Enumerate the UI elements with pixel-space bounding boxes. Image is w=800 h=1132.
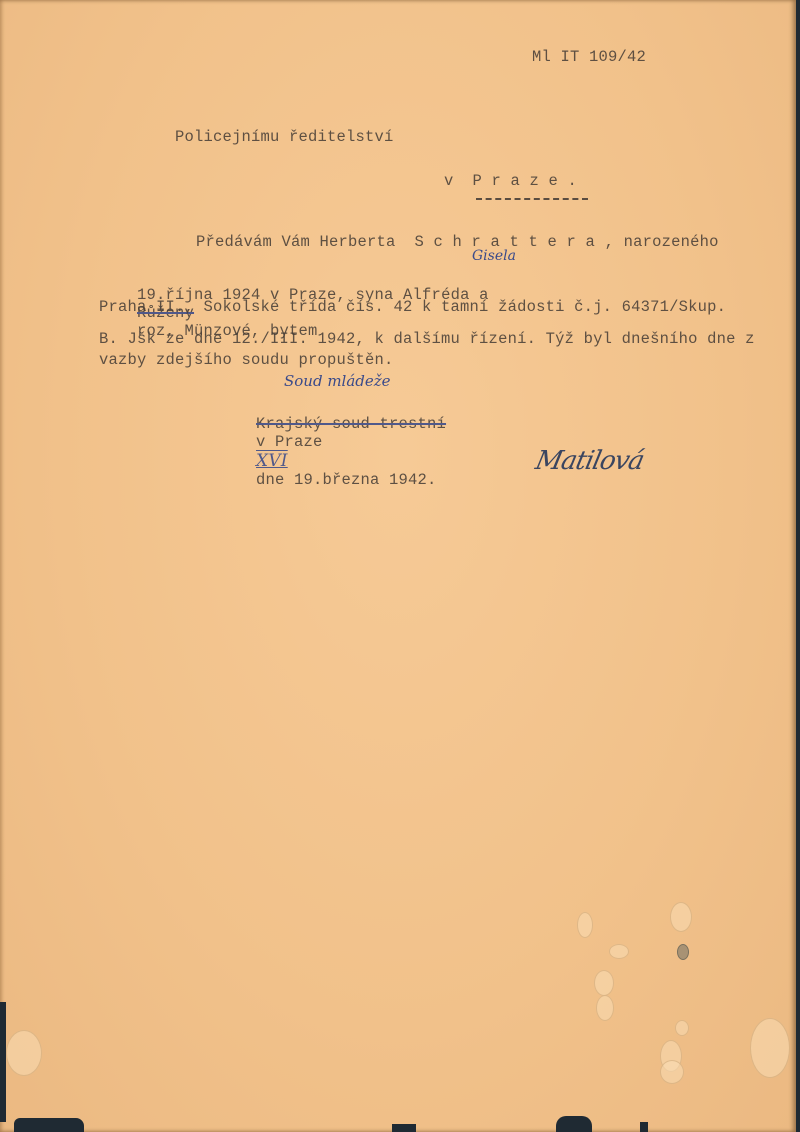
torn-edge (14, 1118, 84, 1132)
closing-line: Krajský soud trestní v Praze XVI dne 19.… (218, 397, 446, 507)
body-line-3: Praha II., Sokolské třída čís. 42 k tamn… (99, 298, 726, 316)
reference-number: Ml IT 109/42 (532, 48, 646, 66)
addressee-city: v P r a z e . (444, 172, 577, 190)
water-stain (670, 902, 692, 932)
city-underline (476, 198, 588, 200)
handwritten-court-insert: Soud mládeže (284, 372, 391, 390)
body-line-4: B. Jšk ze dne 12./III. 1942, k dalšímu ř… (99, 330, 755, 348)
torn-edge (556, 1116, 592, 1132)
addressee-line: Policejnímu ředitelství (175, 128, 394, 146)
closing-place: v Praze (256, 433, 323, 451)
handwritten-name-correction: Gisela (472, 248, 516, 264)
handwritten-district: XVI (256, 451, 288, 471)
water-stain (675, 1020, 689, 1036)
closing-date: dne 19.března 1942. (256, 471, 437, 489)
signature: Matilová (533, 446, 646, 476)
body-line-5: vazby zdejšího soudu propuštěn. (99, 351, 394, 369)
struck-court-name: Krajský soud trestní (256, 415, 446, 433)
torn-edge (0, 1002, 6, 1122)
water-stain (594, 970, 614, 996)
body-line-1: Předávám Vám Herberta S c h r a t t e r … (196, 233, 719, 251)
water-stain (596, 995, 614, 1021)
water-stain (750, 1018, 790, 1078)
water-stain (660, 1060, 684, 1084)
page-right-edge (796, 0, 800, 1132)
water-stain (609, 944, 629, 959)
document-page: Ml IT 109/42 Policejnímu ředitelství v P… (0, 0, 796, 1132)
torn-edge (640, 1122, 648, 1132)
torn-edge (392, 1124, 416, 1132)
ink-spot (677, 944, 689, 960)
water-stain (6, 1030, 42, 1076)
water-stain (577, 912, 593, 938)
